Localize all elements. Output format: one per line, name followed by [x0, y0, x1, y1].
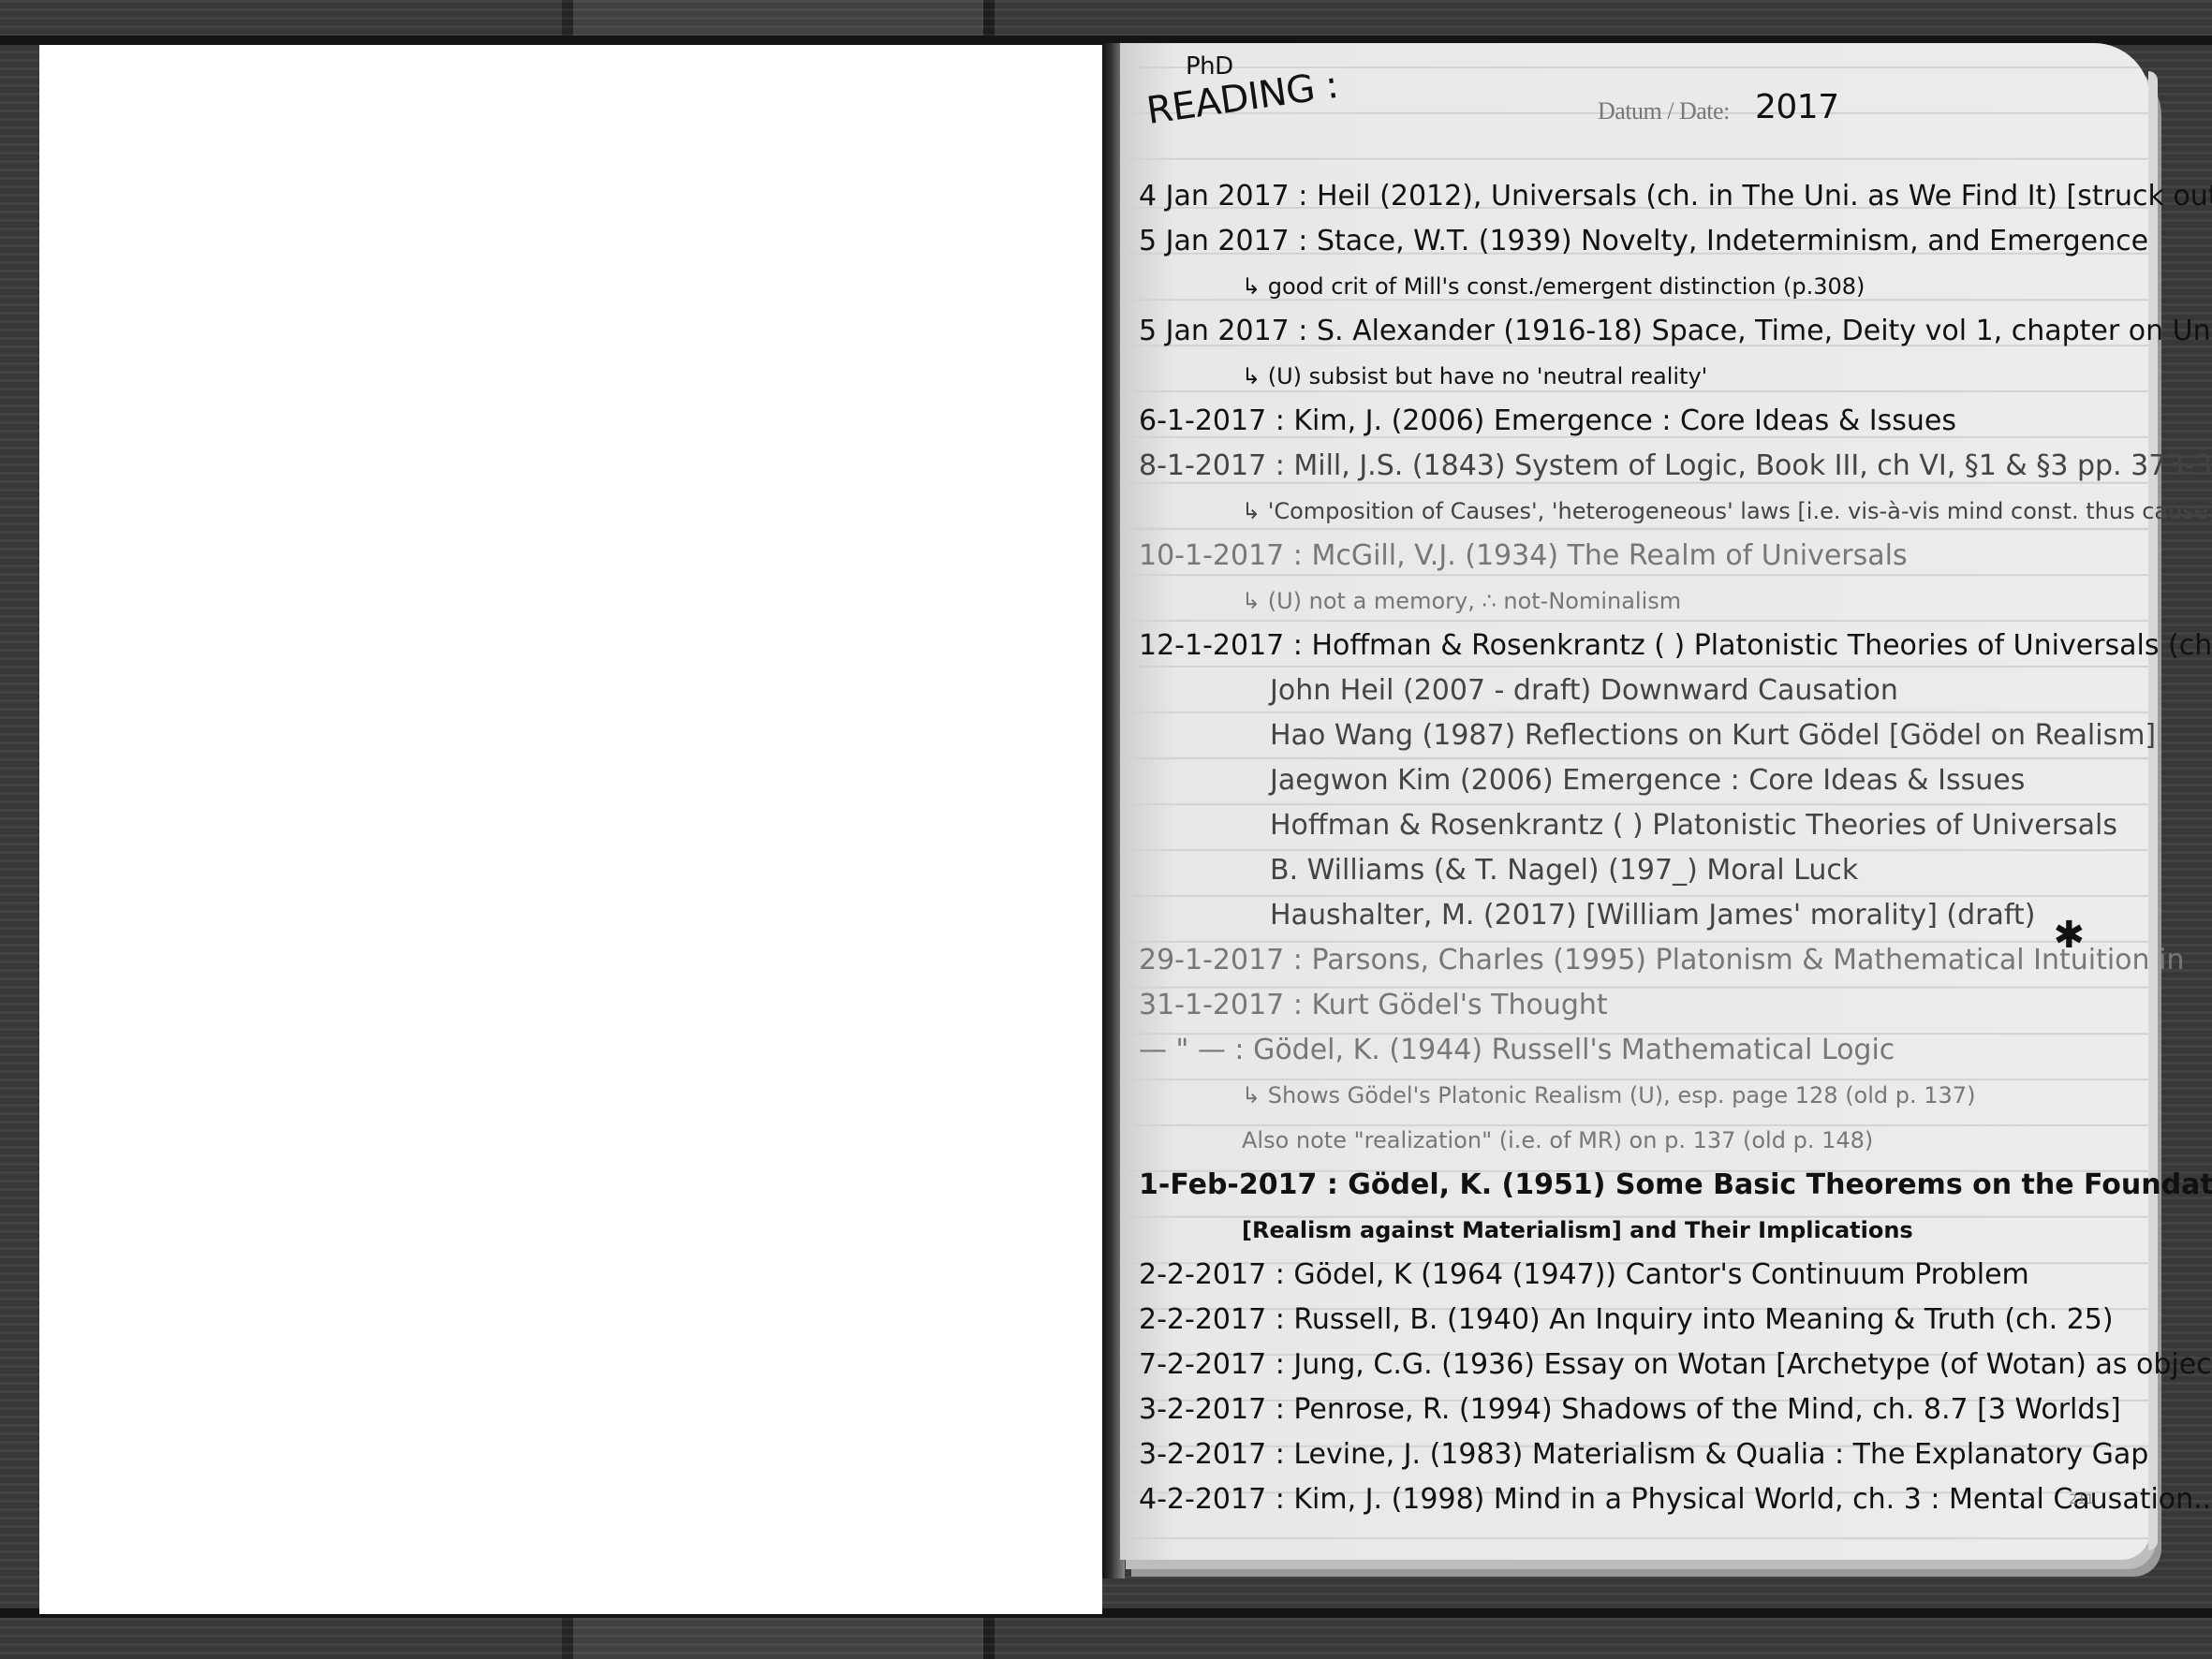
entry-text: Hoffman & Rosenkrantz ( ) Platonistic Th…: [1311, 629, 2212, 662]
reading-entry: 31-1-2017 : Kurt Gödel's Thought: [1139, 983, 2113, 1028]
reading-entry: 1-Feb-2017 : Gödel, K. (1951) Some Basic…: [1139, 1163, 2113, 1208]
page-stack-edge: [2148, 71, 2158, 1550]
entry-note: Also note "realization" (i.e. of MR) on …: [1139, 1118, 2113, 1163]
entry-date: 5 Jan 2017 :: [1139, 309, 1307, 354]
page-title: READING :: [1144, 64, 1341, 133]
planned-reading: Jaegwon Kim (2006) Emergence : Core Idea…: [1139, 758, 2113, 803]
entry-text: Penrose, R. (1994) Shadows of the Mind, …: [1293, 1393, 2120, 1426]
reading-entry: — " — : Gödel, K. (1944) Russell's Mathe…: [1139, 1028, 2113, 1073]
entry-date: 29-1-2017 :: [1139, 938, 1303, 983]
entry-note: ↳ Shows Gödel's Platonic Realism (U), es…: [1139, 1073, 2113, 1118]
reading-entry: 5 Jan 2017 : Stace, W.T. (1939) Novelty,…: [1139, 219, 2113, 264]
entry-date: 5 Jan 2017 :: [1139, 219, 1307, 264]
entry-text: : Gödel, K. (1944) Russell's Mathematica…: [1234, 1034, 1895, 1066]
reading-entry: 3-2-2017 : Levine, J. (1983) Materialism…: [1139, 1432, 2113, 1477]
entry-text: Gödel, K (1964 (1947)) Cantor's Continuu…: [1293, 1258, 2028, 1291]
entry-date: 2-2-2017 :: [1139, 1298, 1285, 1343]
date-label: Datum / Date:: [1598, 97, 1730, 125]
entry-date: 7-2-2017 :: [1139, 1343, 1285, 1387]
entry-text: Also note "realization" (i.e. of MR) on …: [1242, 1127, 1873, 1153]
entry-text: : Kurt Gödel's Thought: [1293, 989, 1608, 1021]
planned-reading: Hao Wang (1987) Reflections on Kurt Göde…: [1139, 713, 2113, 758]
entry-text: Levine, J. (1983) Materialism & Qualia :…: [1293, 1438, 2148, 1471]
planned-reading: Hoffman & Rosenkrantz ( ) Platonistic Th…: [1139, 803, 2113, 848]
entry-text: ↳ 'Composition of Causes', 'heterogeneou…: [1242, 498, 2212, 524]
notebook-page: PhD READING : Datum / Date: 2017 4 Jan 2…: [1120, 43, 2150, 1560]
planned-reading: B. Williams (& T. Nagel) (197_) Moral Lu…: [1139, 848, 2113, 893]
reading-list: 4 Jan 2017 : Heil (2012), Universals (ch…: [1139, 174, 2113, 1522]
entry-date: 4 Jan 2017 :: [1139, 174, 1307, 219]
planned-reading: John Heil (2007 - draft) Downward Causat…: [1139, 668, 2113, 713]
reading-entry: 29-1-2017 : Parsons, Charles (1995) Plat…: [1139, 938, 2113, 983]
entry-text: S. Alexander (1916-18) Space, Time, Deit…: [1317, 315, 2212, 347]
entry-date: 4-2-2017 :: [1139, 1477, 1285, 1522]
entry-date: 3-2-2017 :: [1139, 1387, 1285, 1432]
entry-date: 6-1-2017 :: [1139, 399, 1285, 444]
entry-text: ↳ Shows Gödel's Platonic Realism (U), es…: [1242, 1082, 1975, 1108]
reading-entry: 10-1-2017 : McGill, V.J. (1934) The Real…: [1139, 534, 2113, 579]
entry-text: Jung, C.G. (1936) Essay on Wotan [Archet…: [1293, 1348, 2212, 1381]
entry-date: 10-1-2017 :: [1139, 534, 1303, 579]
entry-text: ↳ good crit of Mill's const./emergent di…: [1242, 273, 1865, 300]
entry-note: ↳ (U) subsist but have no 'neutral reali…: [1139, 354, 2113, 399]
reading-entry: 6-1-2017 : Kim, J. (2006) Emergence : Co…: [1139, 399, 2113, 444]
reading-entry: 12-1-2017 : Hoffman & Rosenkrantz ( ) Pl…: [1139, 624, 2113, 668]
planned-reading: Haushalter, M. (2017) [William James' mo…: [1139, 893, 2113, 938]
entry-text: Kim, J. (2006) Emergence : Core Ideas & …: [1293, 404, 1956, 437]
entry-text: ↳ (U) subsist but have no 'neutral reali…: [1242, 363, 1707, 389]
reading-entry: 3-2-2017 : Penrose, R. (1994) Shadows of…: [1139, 1387, 2113, 1432]
entry-text: Jaegwon Kim (2006) Emergence : Core Idea…: [1270, 764, 2025, 797]
entry-text: Hoffman & Rosenkrantz ( ) Platonistic Th…: [1270, 809, 2117, 842]
reading-entry: 5 Jan 2017 : S. Alexander (1916-18) Spac…: [1139, 309, 2113, 354]
entry-text: McGill, V.J. (1934) The Realm of Univers…: [1311, 539, 1907, 572]
entry-text: Heil (2012), Universals (ch. in The Uni.…: [1317, 180, 2212, 213]
entry-date: 8-1-2017 :: [1139, 444, 1285, 489]
entry-text: Russell, B. (1940) An Inquiry into Meani…: [1293, 1303, 2113, 1336]
entry-text: ↳ (U) not a memory, ∴ not-Nominalism: [1242, 588, 1681, 614]
entry-note: ↳ 'Composition of Causes', 'heterogeneou…: [1139, 489, 2113, 534]
entry-text: John Heil (2007 - draft) Downward Causat…: [1270, 674, 1898, 707]
reading-entry: 7-2-2017 : Jung, C.G. (1936) Essay on Wo…: [1139, 1343, 2113, 1387]
entry-text: Hao Wang (1987) Reflections on Kurt Göde…: [1270, 719, 2156, 752]
reading-entry: 2-2-2017 : Russell, B. (1940) An Inquiry…: [1139, 1298, 2113, 1343]
entry-text: Haushalter, M. (2017) [William James' mo…: [1270, 899, 2035, 932]
entry-date: 31-1-2017: [1139, 983, 1284, 1028]
entry-date: 2-2-2017 :: [1139, 1253, 1285, 1298]
reading-entry: 8-1-2017 : Mill, J.S. (1843) System of L…: [1139, 444, 2113, 489]
entry-date: — " —: [1139, 1028, 1226, 1073]
reading-entry: 4-2-2017 : Kim, J. (1998) Mind in a Phys…: [1139, 1477, 2113, 1522]
entry-text: Mill, J.S. (1843) System of Logic, Book …: [1293, 449, 2212, 482]
reading-entry: 4 Jan 2017 : Heil (2012), Universals (ch…: [1139, 174, 2113, 219]
entry-date: 3-2-2017 :: [1139, 1432, 1285, 1477]
reading-entry: 2-2-2017 : Gödel, K (1964 (1947)) Cantor…: [1139, 1253, 2113, 1298]
redacted-left-page: [39, 45, 1102, 1614]
entry-text: Stace, W.T. (1939) Novelty, Indeterminis…: [1317, 225, 2148, 257]
entry-note: [Realism against Materialism] and Their …: [1139, 1208, 2113, 1253]
entry-text: B. Williams (& T. Nagel) (197_) Moral Lu…: [1270, 854, 1858, 887]
entry-text: [Realism against Materialism] and Their …: [1242, 1217, 1913, 1243]
entry-note: ↳ (U) not a memory, ∴ not-Nominalism: [1139, 579, 2113, 624]
date-value: 2017: [1755, 88, 1839, 126]
entry-date: 12-1-2017 :: [1139, 624, 1303, 668]
entry-date: 1-Feb-2017 :: [1139, 1163, 1338, 1208]
star-mark-icon: ✱: [2053, 914, 2085, 957]
header-superscript: PhD: [1186, 52, 1233, 81]
entry-note: ↳ good crit of Mill's const./emergent di…: [1139, 264, 2113, 309]
page-number: 211: [2069, 1492, 2094, 1507]
entry-text: Gödel, K. (1951) Some Basic Theorems on …: [1348, 1168, 2212, 1201]
